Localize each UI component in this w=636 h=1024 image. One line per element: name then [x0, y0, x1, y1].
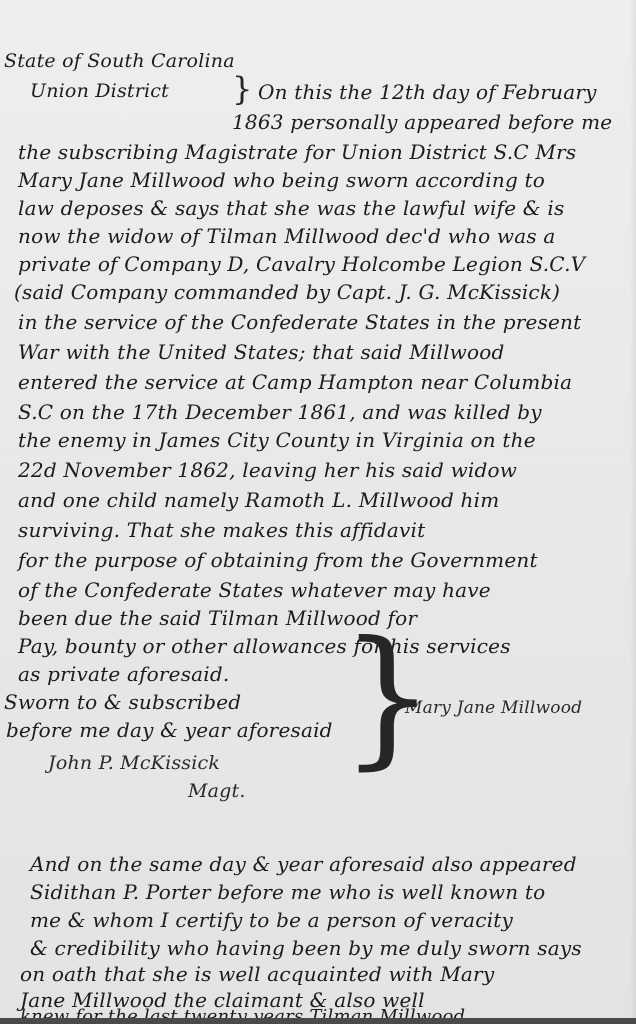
affidavit-line: On this the 12th day of February: [258, 80, 597, 104]
witness-line: & credibility who having been by me duly…: [30, 936, 582, 960]
magistrate-title: Magt.: [188, 780, 246, 802]
affidavit-line: the subscribing Magistrate for Union Dis…: [18, 140, 576, 164]
affidavit-line: now the widow of Tilman Millwood dec'd w…: [18, 224, 556, 248]
affidavit-line: private of Company D, Cavalry Holcombe L…: [18, 252, 585, 276]
affidavit-line: Pay, bounty or other allowances for his …: [18, 634, 511, 658]
heading-state: State of South Carolina: [4, 50, 235, 72]
affidavit-line: War with the United States; that said Mi…: [18, 340, 504, 364]
affidavit-line: and one child namely Ramoth L. Millwood …: [18, 488, 499, 512]
witness-line: And on the same day & year aforesaid als…: [30, 852, 577, 876]
affidavit-line: surviving. That she makes this affidavit: [18, 518, 425, 542]
heading-brace: }: [232, 70, 252, 108]
affidavit-line: entered the service at Camp Hampton near…: [18, 370, 572, 394]
heading-district: Union District: [30, 80, 169, 102]
scan-bottom-border: [0, 1018, 636, 1024]
affidavit-line: Mary Jane Millwood who being sworn accor…: [18, 168, 545, 192]
witness-line: on oath that she is well acquainted with…: [20, 962, 494, 986]
affidavit-line: (said Company commanded by Capt. J. G. M…: [14, 280, 560, 304]
affidavit-line: S.C on the 17th December 1861, and was k…: [18, 400, 542, 424]
witness-line: Sidithan P. Porter before me who is well…: [30, 880, 545, 904]
affidavit-line: as private aforesaid.: [18, 662, 229, 686]
affidavit-line: for the purpose of obtaining from the Go…: [18, 548, 538, 572]
jurat-brace: }: [340, 622, 435, 772]
affidavit-line: 22d November 1862, leaving her his said …: [18, 458, 517, 482]
scanned-document-page: State of South Carolina Union District }…: [0, 0, 636, 1024]
page-edge-shadow: [630, 0, 636, 1024]
affidavit-line: 1863 personally appeared before me: [232, 110, 612, 134]
witness-line: me & whom I certify to be a person of ve…: [30, 908, 513, 932]
affidavit-line: in the service of the Confederate States…: [18, 310, 581, 334]
affidavit-line: of the Confederate States whatever may h…: [18, 578, 491, 602]
jurat-line: Sworn to & subscribed: [4, 690, 241, 714]
jurat-line: before me day & year aforesaid: [6, 718, 333, 742]
affidavit-line: the enemy in James City County in Virgin…: [18, 428, 536, 452]
affidavit-line: law deposes & says that she was the lawf…: [18, 196, 564, 220]
magistrate-signature: John P. McKissick: [48, 752, 220, 774]
claimant-signature: Mary Jane Millwood: [405, 698, 582, 718]
